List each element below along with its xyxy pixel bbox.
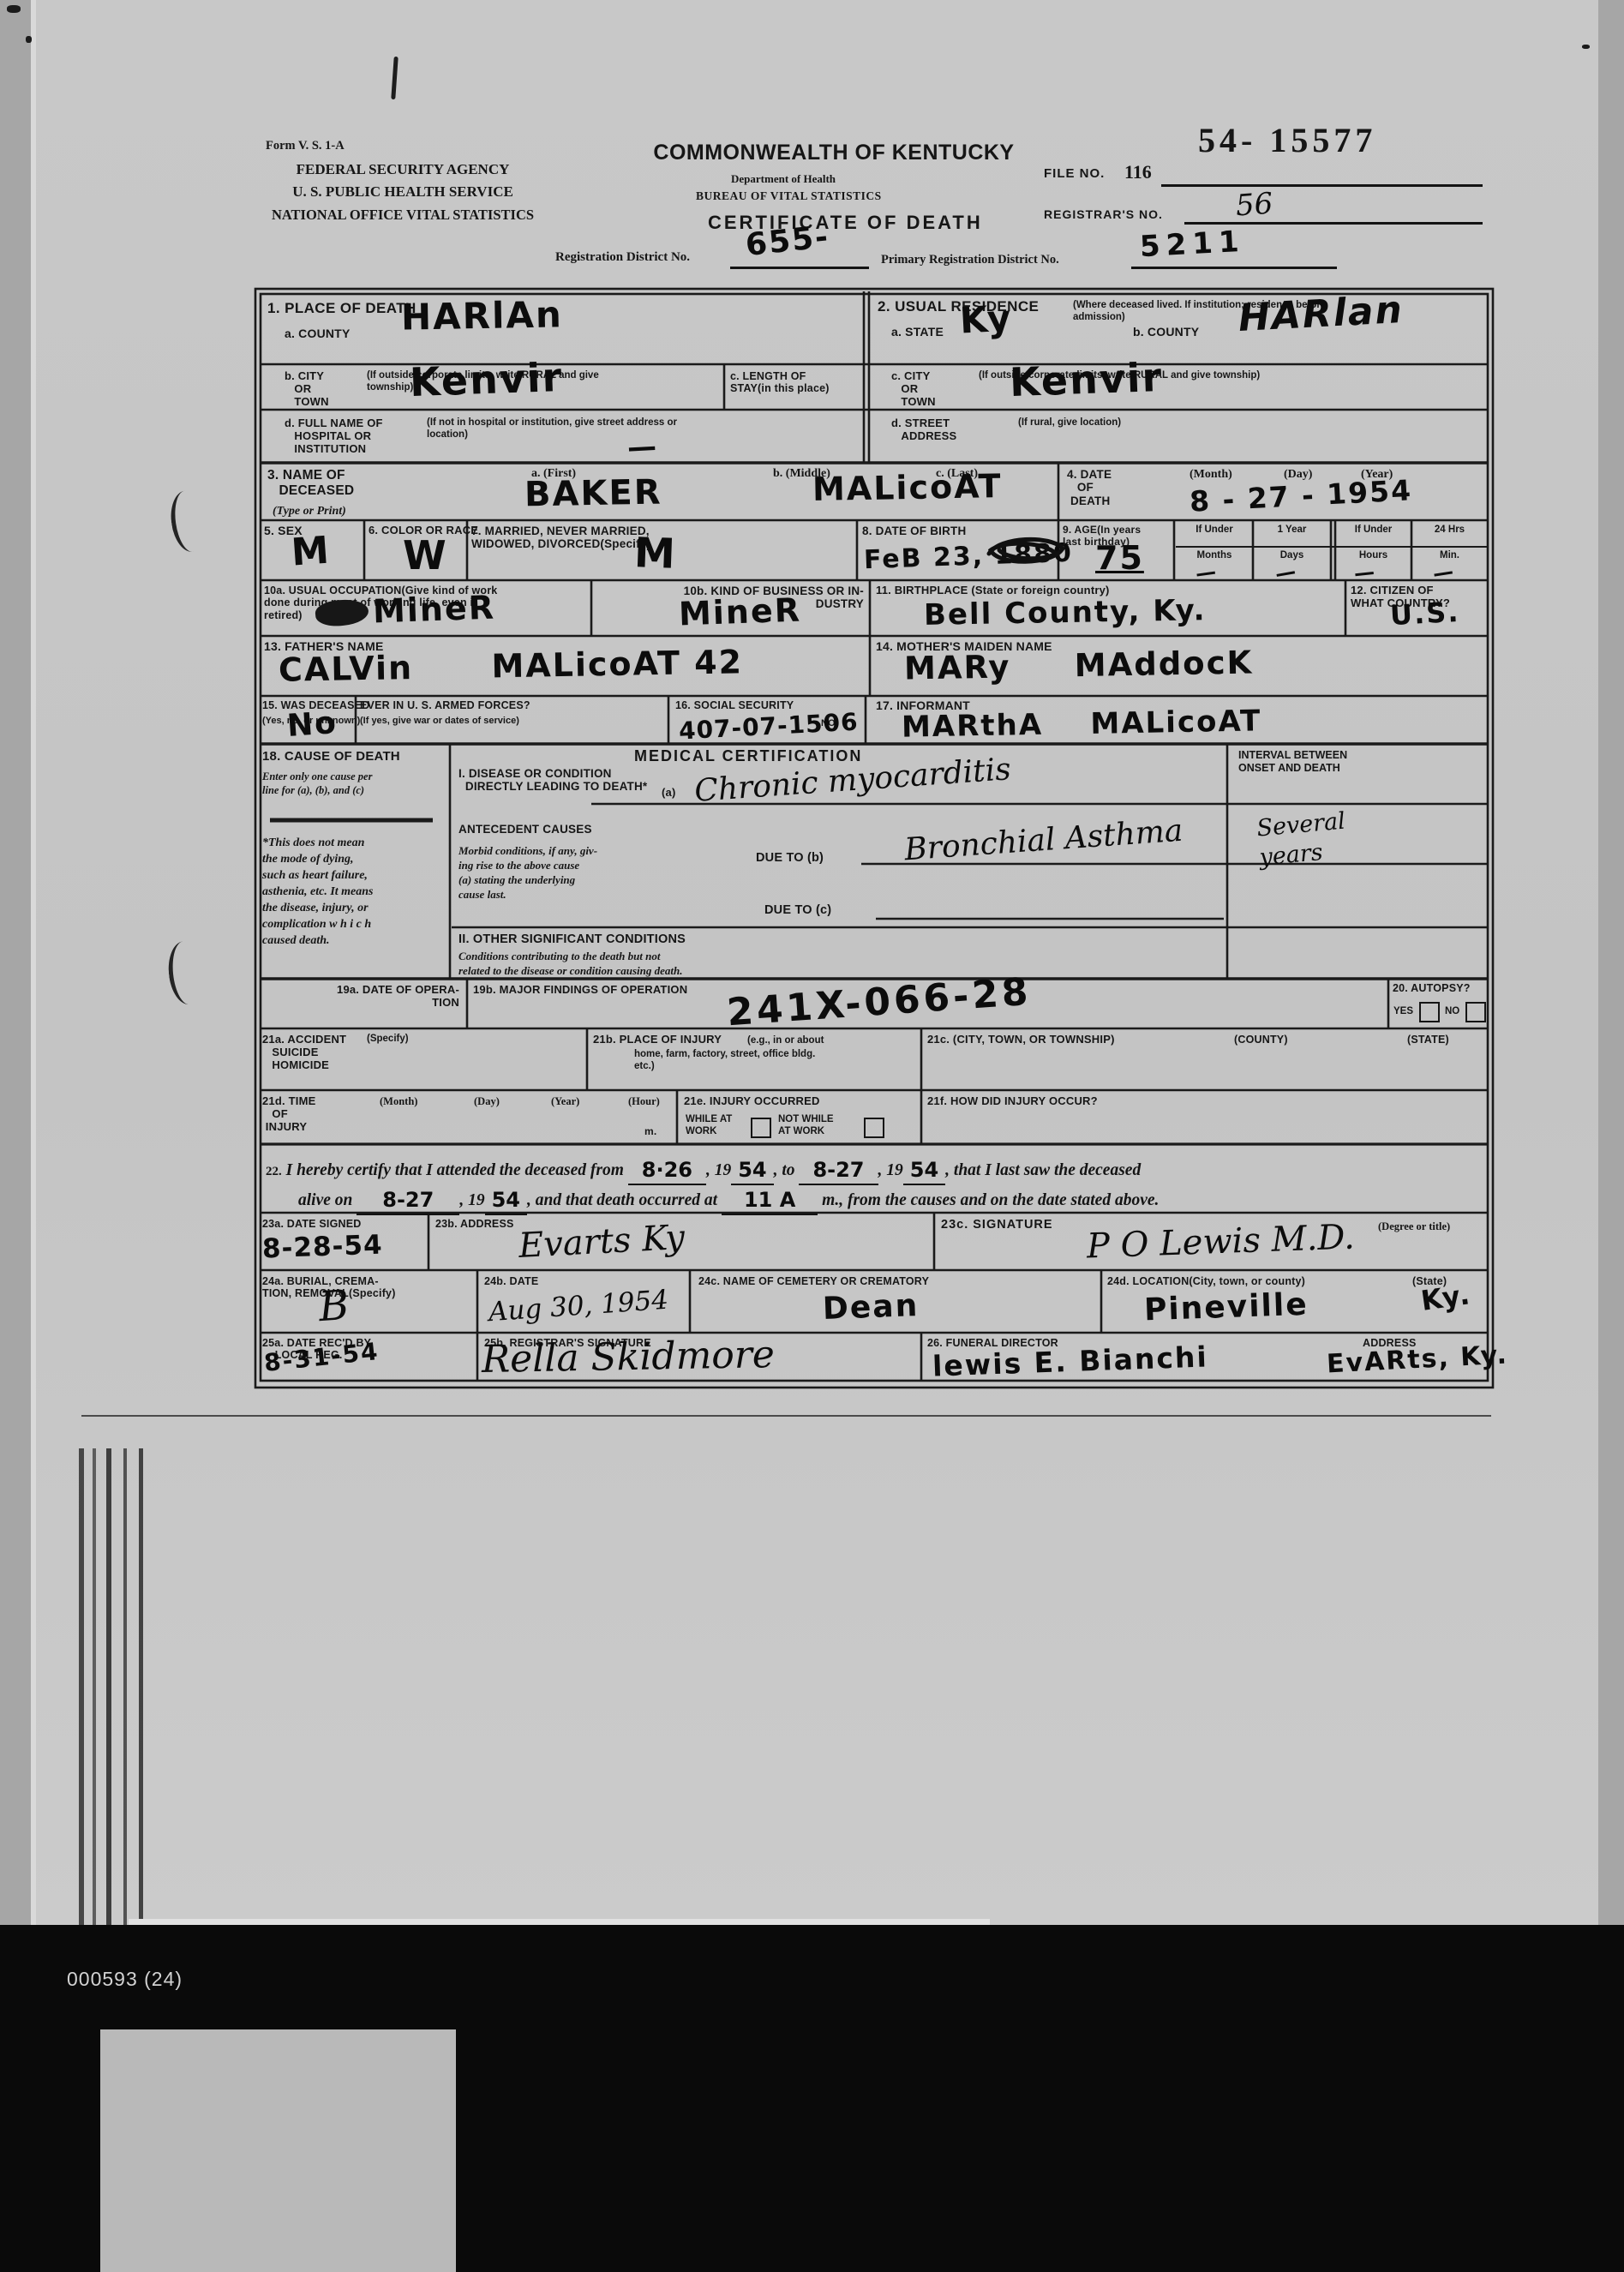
injury-m-label: m. — [644, 1126, 656, 1138]
injury-year-label: (Year) — [551, 1095, 579, 1108]
residence-city-value: Kenvir — [1009, 357, 1164, 402]
burial-state-value: Ky. — [1419, 1280, 1473, 1315]
marital-value: M — [633, 532, 677, 575]
certify-text-5: , that I last saw the deceased — [945, 1161, 1141, 1179]
cemetery-label: 24c. NAME OF CEMETERY OR CREMATORY — [698, 1275, 929, 1287]
injury-occurred-label: 21e. INJURY OCCURRED — [684, 1095, 820, 1108]
time-of-injury-label: 21d. TIME OF INJURY — [262, 1095, 315, 1133]
burial-location-value: Pineville — [1143, 1290, 1309, 1327]
length-of-stay-label: c. LENGTH OF STAY(in this place) — [730, 370, 830, 395]
certify-text-7: , 19 — [459, 1191, 484, 1209]
burial-value: B — [317, 1280, 351, 1333]
while-at-work-label: WHILE AT WORK — [686, 1114, 732, 1137]
certify-text-6: alive on — [298, 1191, 352, 1209]
registrars-no-line — [1184, 222, 1483, 225]
date-of-birth-label: 8. DATE OF BIRTH — [862, 525, 966, 537]
age-min-dash: — — [1431, 561, 1456, 584]
how-injury-label: 21f. HOW DID INJURY OCCUR? — [927, 1095, 1098, 1108]
injury-county-label: (COUNTY) — [1234, 1034, 1288, 1046]
place-city-value: Kenvir — [409, 357, 564, 402]
hospital-name-label: d. FULL NAME OF HOSPITAL OR INSTITUTION — [285, 417, 383, 455]
antecedent-note: Morbid conditions, if any, giv- ing rise… — [458, 844, 597, 902]
due-to-c-label: DUE TO (c) — [764, 903, 831, 918]
certify-year-2: 54 — [903, 1158, 945, 1185]
autopsy-yes-checkbox — [1419, 1002, 1440, 1022]
industry-value: MineR — [678, 594, 801, 631]
hospital-name-value: — — [626, 432, 659, 463]
other-conditions-title: II. OTHER SIGNIFICANT CONDITIONS — [458, 932, 686, 947]
name-first-value: BAKER — [524, 476, 662, 513]
citizen-value: U.S. — [1389, 598, 1460, 629]
cause-of-death-title: 18. CAUSE OF DEATH — [262, 749, 400, 764]
certify-to-date: 8-27 — [799, 1158, 878, 1185]
was-deceased-value: No — [286, 708, 339, 742]
color-race-value: W — [403, 536, 448, 575]
certify-text-4: , 19 — [878, 1161, 903, 1179]
age-col2-top: 1 Year — [1253, 525, 1331, 537]
certify-text-1: I hereby certify that I attended the dec… — [286, 1161, 624, 1179]
certify-hour-value: 11 A — [722, 1188, 818, 1215]
agency-line-3: NATIONAL OFFICE VITAL STATISTICS — [254, 207, 552, 224]
funeral-director-value: lewis E. Bianchi — [932, 1342, 1209, 1380]
scan-speck — [1582, 45, 1590, 49]
major-findings-label: 19b. MAJOR FINDINGS OF OPERATION — [473, 984, 687, 997]
interval-value: Several years — [1255, 807, 1349, 872]
injury-state-label: (STATE) — [1407, 1034, 1449, 1046]
registrars-no-value: 56 — [1235, 186, 1274, 225]
hospital-name-note: (If not in hospital or institution, give… — [427, 417, 795, 441]
injury-city-label: 21c. (CITY, TOWN, OR TOWNSHIP) — [927, 1034, 1115, 1046]
age-months-dash: — — [1194, 561, 1219, 584]
cause-note-2: *This does not mean the mode of dying, s… — [262, 835, 374, 949]
type-or-print-note: (Type or Print) — [273, 504, 346, 519]
interval-label: INTERVAL BETWEEN ONSET AND DEATH — [1238, 749, 1483, 775]
date-of-death-month-label: (Month) — [1190, 468, 1232, 482]
age-days-dash: — — [1273, 561, 1299, 584]
disease-condition-label: I. DISEASE OR CONDITION DIRECTLY LEADING… — [458, 767, 647, 794]
bureau-line: BUREAU OF VITAL STATISTICS — [696, 189, 882, 203]
certify-text-2: , 19 — [706, 1161, 731, 1179]
armed-forces-note: (If yes, give war or dates of service) — [360, 716, 519, 727]
reg-district-value: 655- — [744, 222, 830, 261]
agency-line-2: U. S. PUBLIC HEALTH SERVICE — [257, 183, 548, 201]
ssn-label: 16. SOCIAL SECURITY — [675, 699, 794, 711]
place-city-label: b. CITY OR TOWN — [285, 370, 329, 408]
autopsy-no-label: NO — [1445, 1006, 1459, 1018]
dept-of-health: Department of Health — [731, 172, 836, 186]
physician-address-label: 23b. ADDRESS — [435, 1218, 514, 1230]
not-while-at-work-checkbox — [864, 1118, 884, 1138]
while-at-work-checkbox — [751, 1118, 771, 1138]
form-number: Form V. S. 1-A — [266, 139, 345, 153]
primary-district-line — [1131, 267, 1337, 269]
place-of-injury-note1: (e.g., in or about — [747, 1035, 824, 1047]
primary-district-label: Primary Registration District No. — [881, 253, 1059, 267]
scan-speck — [7, 5, 21, 13]
armed-forces-label: EVER IN U. S. ARMED FORCES? — [360, 699, 530, 711]
residence-county-label: b. COUNTY — [1133, 326, 1199, 339]
cemetery-value: Dean — [822, 1291, 919, 1325]
file-no-line — [1161, 184, 1483, 187]
place-county-label: a. COUNTY — [285, 327, 350, 341]
physician-address-value: Evarts Ky — [518, 1216, 686, 1268]
certificate-stamp-number: 54- 15577 — [1198, 120, 1376, 160]
place-county-value: HARlAn — [401, 297, 564, 335]
marital-label: 7. MARRIED, NEVER MARRIED, WIDOWED, DIVO… — [471, 525, 650, 551]
disease-a-paren: (a) — [662, 787, 676, 800]
certify-line-2: alive on 8-27, 1954, and that death occu… — [298, 1186, 1159, 1214]
mother-name-value: MARy MAddocK — [904, 646, 1254, 684]
scanned-page — [31, 0, 1598, 1925]
residence-state-label: a. STATE — [891, 326, 944, 339]
ink-scribble-birthyear — [984, 533, 1070, 569]
place-of-injury-note2: home, farm, factory, street, office bldg… — [634, 1049, 815, 1072]
burial-date-label: 24b. DATE — [484, 1275, 538, 1287]
reg-district-label: Registration District No. — [555, 250, 690, 265]
burial-location-label: 24d. LOCATION(City, town, or county) — [1107, 1275, 1305, 1287]
street-address-label: d. STREET ADDRESS — [891, 417, 956, 443]
place-of-injury-label: 21b. PLACE OF INJURY — [593, 1034, 722, 1046]
scan-speck — [26, 36, 32, 43]
scanner-streaks — [79, 1448, 158, 1925]
date-of-operation-label: 19a. DATE OF OPERA- TION — [262, 984, 459, 1010]
commonwealth-title: COMMONWEALTH OF KENTUCKY — [632, 141, 1035, 165]
registrar-signature-value: Rella Skidmore — [482, 1331, 776, 1383]
age-col1-top: If Under — [1176, 525, 1253, 537]
age-col4-top: 24 Hrs — [1411, 525, 1488, 537]
injury-month-label: (Month) — [380, 1095, 417, 1108]
residence-city-label: c. CITY OR TOWN — [891, 370, 936, 408]
due-to-b-label: DUE TO (b) — [756, 851, 824, 866]
accident-specify-note: (Specify) — [367, 1034, 409, 1046]
injury-hour-label: (Hour) — [628, 1095, 660, 1108]
certify-line-1: 22. I hereby certify that I attended the… — [266, 1156, 1141, 1184]
autopsy-no-checkbox — [1465, 1002, 1486, 1022]
degree-title-note: (Degree or title) — [1378, 1220, 1450, 1233]
other-conditions-note: Conditions contributing to the death but… — [458, 950, 682, 979]
page-left-edge — [31, 0, 36, 1925]
death-certificate-scan: Form V. S. 1-A FEDERAL SECURITY AGENCY U… — [0, 0, 1624, 2272]
certify-text-3: , to — [774, 1161, 795, 1179]
informant-value: MARthA MALicoAT — [902, 706, 1262, 741]
accident-suicide-label: 21a. ACCIDENT SUICIDE HOMICIDE — [262, 1034, 346, 1071]
file-no-value: 116 — [1124, 161, 1152, 183]
father-name-value: CALVin MALicoAT 42 — [279, 645, 744, 686]
agency-line-1: FEDERAL SECURITY AGENCY — [257, 161, 548, 178]
certify-item-number: 22. — [266, 1165, 282, 1178]
residence-county-value: HARlan — [1237, 291, 1405, 338]
date-of-death-label: 4. DATE OF DEATH — [1067, 468, 1112, 507]
not-while-at-work-label: NOT WHILE AT WORK — [778, 1114, 834, 1137]
date-signed-value: 8-28-54 — [262, 1232, 384, 1263]
age-hours-dash: — — [1353, 561, 1377, 584]
occupation-value: MineR — [372, 591, 495, 628]
age-col3-top: If Under — [1335, 525, 1411, 537]
reg-district-line — [730, 267, 869, 269]
primary-district-value: 5211 — [1139, 227, 1245, 261]
place-of-death-title: 1. PLACE OF DEATH — [267, 300, 416, 317]
scan-gray-patch — [100, 2029, 456, 2272]
name-of-deceased-title: 3. NAME OF DECEASED — [267, 468, 354, 498]
signature-label: 23c. SIGNATURE — [941, 1218, 1053, 1232]
age-value: 75 — [1095, 542, 1144, 574]
birthplace-value: Bell County, Ky. — [924, 596, 1207, 630]
injury-day-label: (Day) — [474, 1095, 500, 1108]
certify-year-1: 54 — [731, 1158, 773, 1185]
certify-text-9: m., from the causes and on the date stat… — [822, 1191, 1159, 1209]
street-address-note: (If rural, give location) — [1018, 417, 1121, 429]
file-no-label: FILE NO. — [1044, 166, 1105, 181]
certify-alive-date: 8-27 — [357, 1188, 459, 1215]
sex-value: M — [291, 531, 333, 572]
antecedent-title: ANTECEDENT CAUSES — [458, 823, 592, 836]
certify-year-3: 54 — [485, 1188, 527, 1215]
scan-footer-code: 000593 (24) — [67, 1968, 183, 1991]
name-last-value: MALicoAT — [812, 470, 1003, 506]
autopsy-label: 20. AUTOPSY? — [1393, 982, 1471, 994]
date-signed-label: 23a. DATE SIGNED — [262, 1218, 362, 1230]
certify-text-8: , and that death occurred at — [527, 1191, 717, 1209]
residence-state-value: Ky — [959, 300, 1013, 339]
autopsy-yes-label: YES — [1393, 1006, 1413, 1018]
cause-note-1: Enter only one cause per line for (a), (… — [262, 770, 372, 798]
certify-from-date: 8·26 — [628, 1158, 706, 1185]
registrars-no-label: REGISTRAR'S NO. — [1044, 207, 1163, 221]
